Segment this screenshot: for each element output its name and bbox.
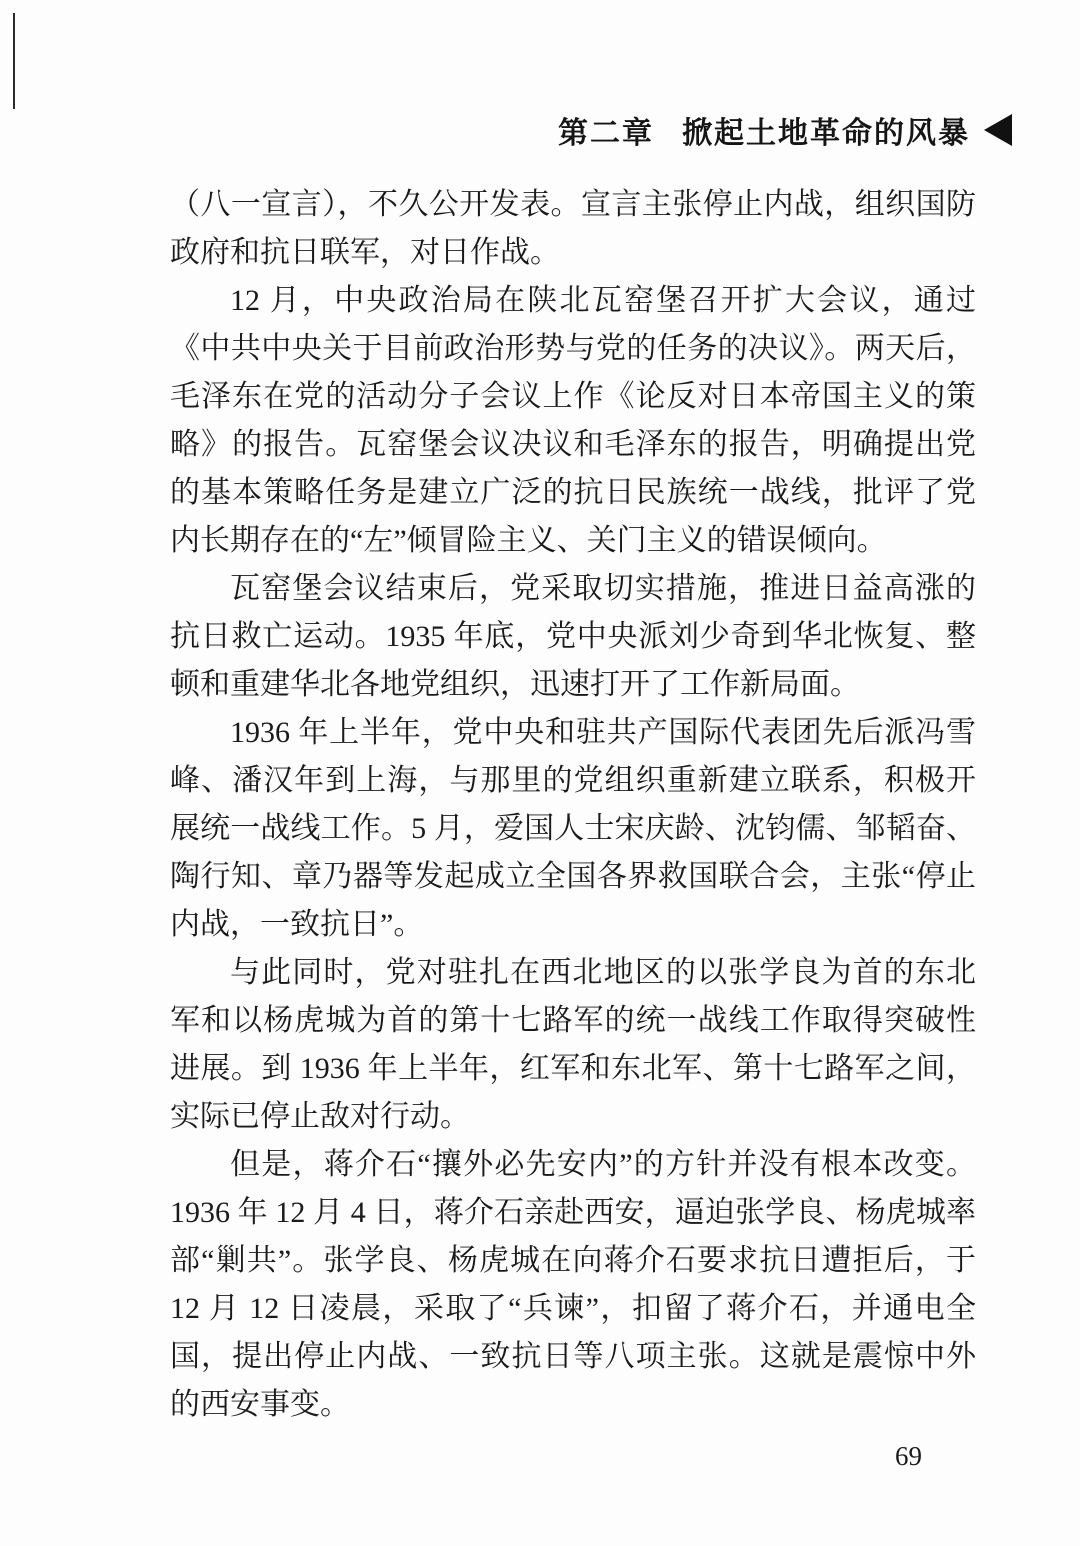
- page-edge-line: [13, 13, 15, 109]
- chapter-marker-icon: [984, 114, 1012, 146]
- body-paragraph: （八一宣言），不久公开发表。宣言主张停止内战，组织国防政府和抗日联军，对日作战。: [170, 181, 976, 277]
- chapter-title: 掀起土地革命的风暴: [682, 108, 970, 152]
- chapter-number: 第二章: [558, 108, 654, 152]
- body-paragraph: 瓦窑堡会议结束后，党采取切实措施，推进日益高涨的抗日救亡运动。1935 年底，党…: [170, 565, 976, 709]
- body-paragraph: 与此同时，党对驻扎在西北地区的以张学良为首的东北军和以杨虎城为首的第十七路军的统…: [170, 949, 976, 1141]
- body-paragraph: 但是，蒋介石“攘外必先安内”的方针并没有根本改变。1936 年 12 月 4 日…: [170, 1141, 976, 1429]
- body-paragraph: 1936 年上半年，党中央和驻共产国际代表团先后派冯雪峰、潘汉年到上海，与那里的…: [170, 709, 976, 949]
- book-page: 第二章 掀起土地革命的风暴 （八一宣言），不久公开发表。宣言主张停止内战，组织国…: [0, 0, 1080, 1546]
- chapter-header: 第二章 掀起土地革命的风暴: [558, 108, 1012, 152]
- body-paragraph: 12 月，中央政治局在陕北瓦窑堡召开扩大会议，通过《中共中央关于目前政治形势与党…: [170, 277, 976, 565]
- page-number: 69: [895, 1441, 922, 1472]
- page-body: （八一宣言），不久公开发表。宣言主张停止内战，组织国防政府和抗日联军，对日作战。…: [170, 181, 976, 1429]
